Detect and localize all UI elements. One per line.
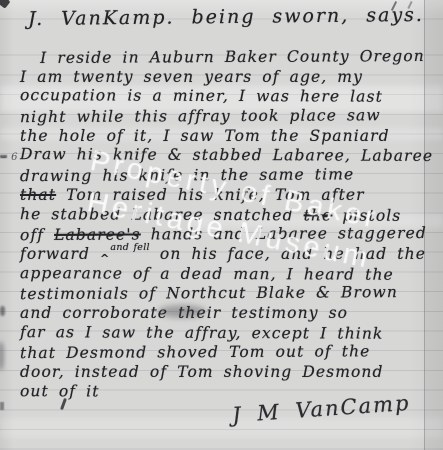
handwritten-line: forward ^and fell on his face, and he ha… <box>20 245 440 265</box>
text-segment: and corroborate their testimony so <box>20 304 348 322</box>
text-segment: appearance of a dead man, I heard the <box>20 264 394 284</box>
handwritten-line: he stabbed Labaree snatched the pistols <box>20 205 440 227</box>
handwritten-line: occupation is a miner, I was here last <box>20 86 440 108</box>
handwritten-line: drawing his knife in the same time <box>20 165 440 187</box>
text-segment: I am twenty seven years of age, my <box>20 68 363 86</box>
text-segment: drawing his knife in the same time <box>20 165 354 185</box>
handwritten-line: I am twenty seven years of age, my <box>20 68 440 88</box>
margin-note: – 6 <box>1 152 19 163</box>
text-segment: hands and Labaree staggered <box>141 224 427 243</box>
caret-mark: ^ <box>100 252 110 265</box>
handwritten-line: that Desmond shoved Tom out of the <box>20 342 440 364</box>
corner-ink-mark <box>0 0 10 9</box>
document-heading: J. VanKamp. being sworn, says. <box>28 4 424 30</box>
text-segment: the hole of it, I saw Tom the Spaniard <box>20 127 390 145</box>
text-segment: that Desmond shoved Tom out of the <box>20 343 371 363</box>
text-segment: off <box>20 226 54 244</box>
text-segment: on his face, and he had the <box>150 245 426 263</box>
document-page: J. VanKamp. being sworn, says. I reside … <box>0 0 443 450</box>
handwritten-line: I reside in Auburn Baker County Oregon <box>20 47 440 69</box>
edge-stain <box>0 342 4 370</box>
text-segment: I reside in Auburn Baker County Oregon <box>20 47 425 67</box>
handwritten-line: night while this affray took place saw <box>20 106 440 128</box>
text-segment: night while this affray took place saw <box>20 106 381 126</box>
struck-out-text: the <box>304 206 333 224</box>
edge-ink-mark <box>0 402 4 410</box>
handwritten-line: far as I saw the affray, except I think <box>20 323 440 345</box>
handwritten-line: the hole of it, I saw Tom the Spaniard <box>20 127 440 147</box>
handwritten-line: Draw his knife & stabbed Labaree, Labare… <box>20 146 440 168</box>
text-segment: he stabbed Labaree snatched <box>20 205 304 224</box>
handwritten-line: that Tom raised his knife, Tom after <box>20 186 440 206</box>
text-segment: far as I saw the affray, except I think <box>20 323 384 343</box>
text-segment: testimonials of Northcut Blake & Brown <box>20 283 398 303</box>
text-segment: forward <box>20 245 100 263</box>
handwritten-line: appearance of a dead man, I heard the <box>20 264 440 286</box>
handwritten-line: off Labaree's hands and Labaree staggere… <box>20 224 440 246</box>
text-segment: door, instead of Tom shoving Desmond <box>20 363 384 381</box>
text-segment: Tom raised his knife, Tom after <box>56 186 365 204</box>
document-body: I reside in Auburn Baker County OregonI … <box>20 48 440 402</box>
handwritten-line: testimonials of Northcut Blake & Brown <box>20 283 440 305</box>
text-segment: occupation is a miner, I was here last <box>20 86 383 106</box>
handwritten-line: and corroborate their testimony so <box>20 304 440 324</box>
text-segment: Draw his knife & stabbed Labaree, Labare… <box>20 146 433 166</box>
inserted-text: and fell <box>110 242 150 253</box>
edge-ink-mark <box>0 306 5 316</box>
handwritten-line: door, instead of Tom shoving Desmond <box>20 363 440 383</box>
struck-out-text: that <box>20 186 56 204</box>
text-segment: out of it <box>20 382 100 400</box>
text-segment: pistols <box>332 206 401 224</box>
paper-light-band <box>0 418 443 438</box>
